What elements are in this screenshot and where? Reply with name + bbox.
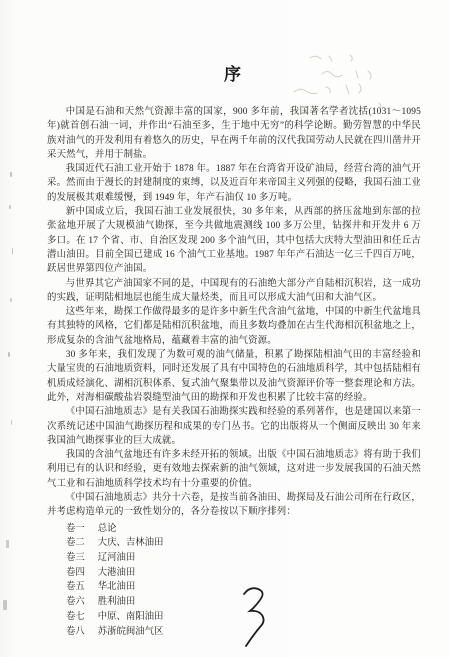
volume-name: 胜利油田 <box>98 595 136 610</box>
volume-number: 卷八 <box>66 625 85 640</box>
scan-noise-speck <box>9 205 11 209</box>
volume-number: 卷六 <box>66 595 85 610</box>
scan-noise-speck <box>3 600 7 610</box>
volume-number: 卷三 <box>66 551 85 566</box>
scan-noise-speck <box>11 420 12 425</box>
volume-name: 大庆、吉林油田 <box>98 536 164 551</box>
volume-number: 卷二 <box>66 536 85 551</box>
volume-list-item: 卷四 大港油田 <box>66 566 421 581</box>
scan-noise-speck <box>8 352 10 357</box>
volume-list-item: 卷一 总论 <box>66 522 421 537</box>
scan-noise-speck <box>12 248 13 254</box>
volume-name: 总论 <box>98 522 117 537</box>
volume-list-item: 卷三 辽河油田 <box>66 551 421 566</box>
paragraph: 《中国石油地质志》是有关我国石油勘探实践和经验的系列著作，也是建国以来第一次系统… <box>47 405 421 448</box>
paragraph: 30 多年来，我们发现了为数可观的油气储量，积累了勘探陆相油气田的丰富经验和大量… <box>47 348 421 405</box>
paragraph: 我国的含油气盆地还有许多未经开拓的领域。出版《中国石油地质志》将有助于我们利用已… <box>47 448 421 491</box>
volume-name: 中原、南阳油田 <box>98 610 164 625</box>
volume-number: 卷四 <box>66 566 85 581</box>
volume-list-item: 卷二 大庆、吉林油田 <box>66 536 421 551</box>
scanned-book-page: 序 中国是石油和天然气资源丰富的国家，900 多年前，我国著名学者沈括(1031… <box>0 0 450 657</box>
volume-name: 辽河油田 <box>98 551 136 566</box>
preface-body: 中国是石油和天然气资源丰富的国家，900 多年前，我国著名学者沈括(1031～1… <box>47 105 421 520</box>
paragraph: 《中国石油地质志》共分十六卷，是按当前各油田、勘探局及石油公司所在行政区，并考虑… <box>47 491 421 520</box>
volume-number: 卷一 <box>66 522 85 537</box>
handwritten-page-number-3 <box>236 582 284 654</box>
paragraph: 与世界其它产油国家不同的是，中国现有的石油绝大部分产自陆相沉积岩，这一成功的实践… <box>47 277 421 306</box>
paragraph: 这些年来，勘探工作做得最多的是许多中新生代含油气盆地，中国的中新生代盆地具有其独… <box>47 305 421 348</box>
paragraph: 我国近代石油工业开始于 1878 年。1887 年在台湾省开设矿油局，经营台湾的… <box>47 162 421 205</box>
page-title: 序 <box>47 60 421 85</box>
volume-name: 华北油田 <box>98 580 136 595</box>
volume-number: 卷五 <box>66 580 85 595</box>
scan-noise-speck <box>10 172 12 177</box>
paragraph: 新中国成立后，我国石油工业发展很快，30 多年来，从西部的挤压盆地到东部的拉张盆… <box>47 205 421 276</box>
page-content: 序 中国是石油和天然气资源丰富的国家，900 多年前，我国著名学者沈括(1031… <box>47 60 421 639</box>
scan-noise-speck <box>6 540 9 548</box>
volume-name: 苏浙皖闽油气区 <box>98 625 164 640</box>
volume-name: 大港油田 <box>98 566 136 581</box>
scan-noise-speck <box>10 298 12 302</box>
paragraph: 中国是石油和天然气资源丰富的国家，900 多年前，我国著名学者沈括(1031～1… <box>47 105 421 162</box>
volume-number: 卷七 <box>66 610 85 625</box>
